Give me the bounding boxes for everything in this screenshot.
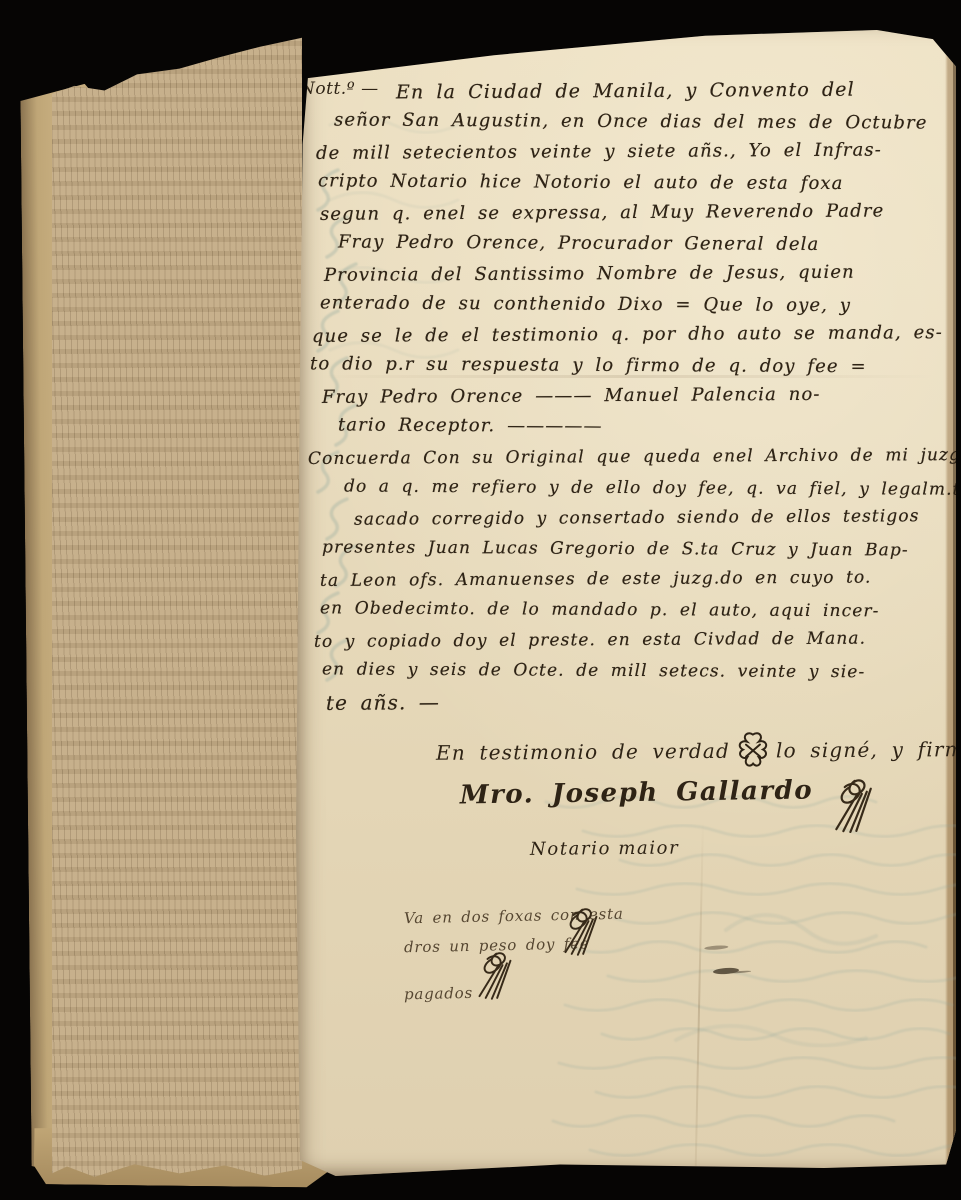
- manuscript-line: te añs. —: [308, 684, 953, 718]
- notarial-signum-icon: [736, 730, 770, 770]
- manuscript-line: do a q. me refiero y de ello doy fee, q.…: [308, 471, 953, 505]
- photo-scene: Nott.º — En la Ciudad de Manila, y Conve…: [0, 0, 961, 1200]
- manuscript-line: de mill setecientos veinte y siete añs.,…: [308, 135, 953, 169]
- manuscript-line: to y copiado doy el preste. en esta Civd…: [308, 623, 953, 657]
- ink-smudge: [713, 967, 739, 975]
- attestation-suffix: lo signé, y firmé.: [776, 736, 961, 761]
- manuscript-line: to dio p.r su respuesta y lo firmo de q.…: [308, 349, 953, 383]
- manuscript-line: señor San Augustin, en Once dias del mes…: [308, 105, 953, 139]
- attestation-prefix: En testimonio de verdad: [436, 738, 730, 764]
- manuscript-line: Fray Pedro Orence ——— Manuel Palencia no…: [308, 379, 953, 413]
- manuscript-line: En la Ciudad de Manila, y Convento del: [308, 74, 953, 108]
- manuscript-line: presentes Juan Lucas Gregorio de S.ta Cr…: [308, 532, 953, 566]
- manuscript-line: en Obedecimto. de lo mandado p. el auto,…: [308, 593, 953, 627]
- signature-name: Mro. Joseph Gallardo: [460, 775, 814, 810]
- notarial-rubric-icon: [468, 948, 514, 1000]
- manuscript-line: sacado corregido y consertado siendo de …: [308, 501, 953, 535]
- manuscript-text: Nott.º — En la Ciudad de Manila, y Conve…: [308, 76, 953, 858]
- manuscript-page: Nott.º — En la Ciudad de Manila, y Conve…: [296, 30, 956, 1176]
- manuscript-line: tario Receptor. —————: [308, 410, 953, 444]
- manuscript-body: En la Ciudad de Manila, y Convento delse…: [308, 76, 953, 717]
- notarial-rubric-icon: [823, 774, 876, 833]
- manuscript-line: Concuerda Con su Original que queda enel…: [308, 440, 953, 474]
- manuscript-line: que se le de el testimonio q. por dho au…: [308, 318, 953, 352]
- manuscript-line: en dies y seis de Octe. de mill setecs. …: [308, 654, 953, 688]
- notarial-rubric-icon: [554, 904, 600, 956]
- signature-title: Notario maior: [530, 835, 953, 860]
- manuscript-line: Fray Pedro Orence, Procurador General de…: [308, 227, 953, 261]
- manuscript-line: ta Leon ofs. Amanuenses de este juzg.do …: [308, 562, 953, 596]
- page-fore-edges-stack: [52, 32, 302, 1178]
- manuscript-line: Provincia del Santissimo Nombre de Jesus…: [308, 257, 953, 291]
- manuscript-line: enterado de su conthenido Dixo = Que lo …: [308, 288, 953, 322]
- signature-line: Mro. Joseph Gallardo: [460, 773, 954, 838]
- manuscript-line: segun q. enel se expressa, al Muy Revere…: [308, 196, 953, 230]
- page-crease-vertical: [694, 820, 704, 1200]
- attestation-line: En testimonio de verdad lo signé, y firm…: [436, 729, 953, 773]
- manuscript-line: cripto Notario hice Notorio el auto de e…: [308, 166, 953, 200]
